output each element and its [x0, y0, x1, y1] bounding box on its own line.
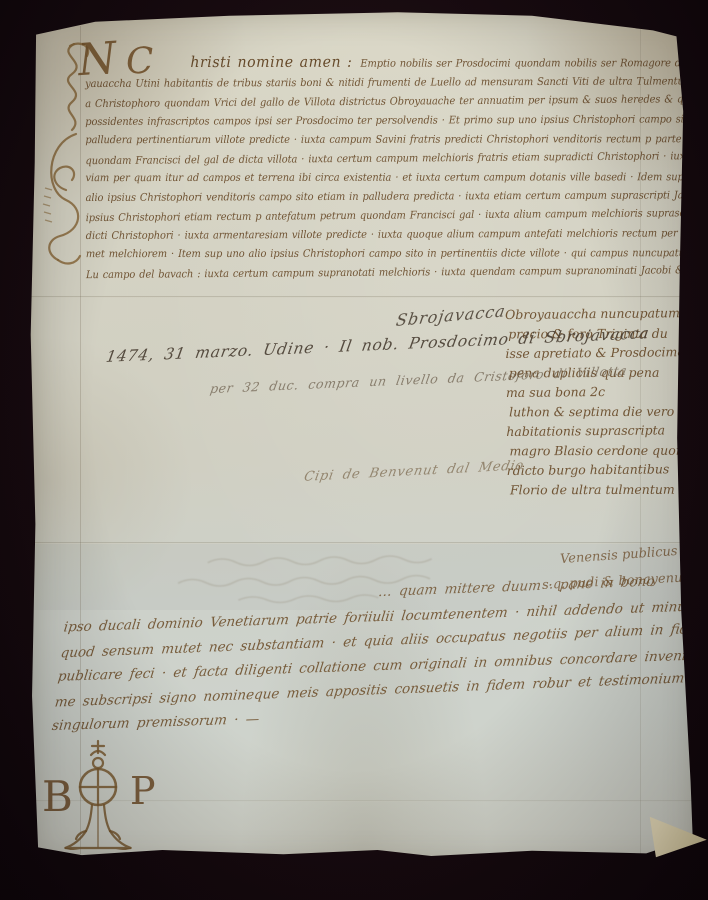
notary-subscription-block: … quam mittere duum · pane in bono ipso …: [50, 567, 708, 740]
deed-line: dicti Christophori · iuxta armentaresiam…: [86, 224, 688, 246]
deed-line: rdicto burgo habitantibus: [507, 459, 707, 481]
fold-crease: [28, 542, 700, 544]
deed-text-block: hristi nomine amen : Emptio nobilis ser …: [85, 51, 688, 284]
deed-line: hristi nomine amen : Emptio nobilis ser …: [85, 52, 687, 74]
deed-line-text: Emptio nobilis ser Prosdocimi quondam no…: [360, 57, 708, 70]
deed-line: Lu campo del bavach : iuxta certum campu…: [86, 261, 688, 285]
deed-line: possidentes infrascriptos campos ipsi se…: [85, 110, 687, 132]
fold-crease: [28, 296, 700, 298]
notary-initial-p: P: [130, 772, 156, 810]
deed-line: viam per quam itur ad campos et terrena …: [86, 168, 688, 188]
annotation-copy-note: Cipi de Benvenut dal Medio: [303, 458, 526, 485]
invocation-text: hristi nomine amen :: [190, 53, 352, 71]
photo-background: N C hristi nomine amen : Emptio nobilis …: [0, 0, 708, 900]
parchment-document: N C hristi nomine amen : Emptio nobilis …: [28, 8, 700, 868]
deed-line: Obroyauaccha nuncupatum: [505, 303, 705, 325]
deed-line: ma sua bona 2c: [506, 381, 706, 403]
deed-line: Florio de ultra tulmentum —: [510, 479, 708, 499]
deed-line: habitationis suprascripta: [506, 420, 706, 442]
annotation-signature: Sbrojavacca: [395, 301, 508, 330]
deed-line: luthon & septima die vero: [509, 401, 708, 421]
deed-line: magro Blasio cerdone quon: [509, 440, 708, 460]
notary-initial-b: B: [42, 776, 73, 818]
